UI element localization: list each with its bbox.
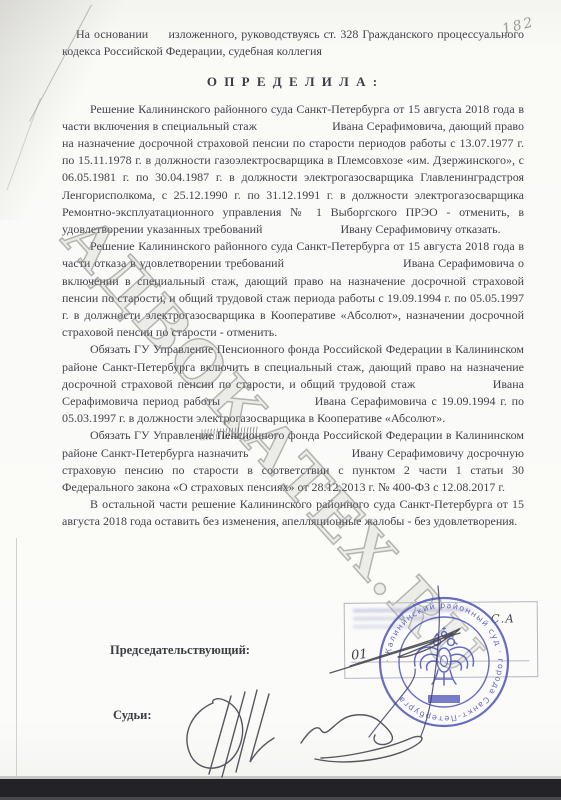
pen-stroke-through-seal — [369, 586, 439, 737]
scanner-edge-bar — [0, 779, 561, 800]
presiding-judge-signature — [330, 629, 460, 673]
judge-signature-left — [187, 690, 274, 777]
scanned-document-page: АДВОКАТЕХ.RU 182 На основании изложенног… — [0, 0, 561, 800]
signatures-layer — [0, 0, 561, 800]
judge-signature-right — [301, 715, 422, 762]
page-edge-line — [16, 538, 17, 776]
